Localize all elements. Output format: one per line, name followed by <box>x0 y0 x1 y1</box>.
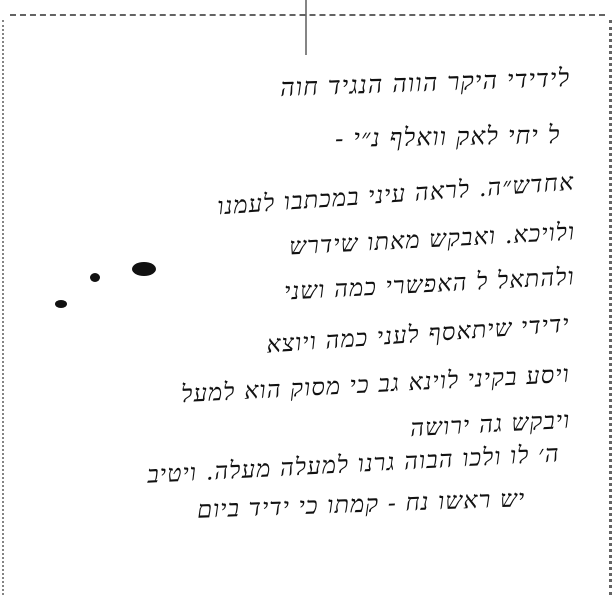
ink-blot <box>132 262 156 276</box>
letter-line-2: ל יחי לאק וואלף נ״י - <box>334 120 560 154</box>
letter-line-9: ה׳ לו ולכו הבוה גרנו למעלה מעלה. ויטיב <box>147 439 561 490</box>
ink-blot <box>55 300 67 308</box>
letter-line-5: ולהתאל ל האפשרי כמה ושני <box>284 262 576 306</box>
ink-blot <box>90 273 100 282</box>
letter-line-4: ולויכא. ואבקש מאתו שידרש <box>288 218 575 262</box>
letter-line-8: ויבקש גה ירושה <box>409 406 571 443</box>
letter-line-1: לידידי היקר הווה הנגיד חוה <box>279 63 570 103</box>
scanned-letter: לידידי היקר הווה הנגיד חוה ל יחי לאק ווא… <box>0 0 615 599</box>
right-edge <box>606 20 612 595</box>
paper-tear <box>305 0 307 55</box>
left-edge <box>2 20 7 595</box>
torn-top-edge <box>10 14 605 19</box>
letter-line-7: ויסע בקיני לוינא גב כי מסוק הוא למעל <box>181 360 571 409</box>
letter-line-6: ידידי שיתאסף לעני כמה ויוצא <box>265 309 570 359</box>
letter-line-10: יש ראשו נח - קמתו כי ידיד ביום <box>196 484 525 524</box>
letter-line-3: אחדש״ה. לראה עיני במכתבו לעמנו <box>217 168 576 222</box>
